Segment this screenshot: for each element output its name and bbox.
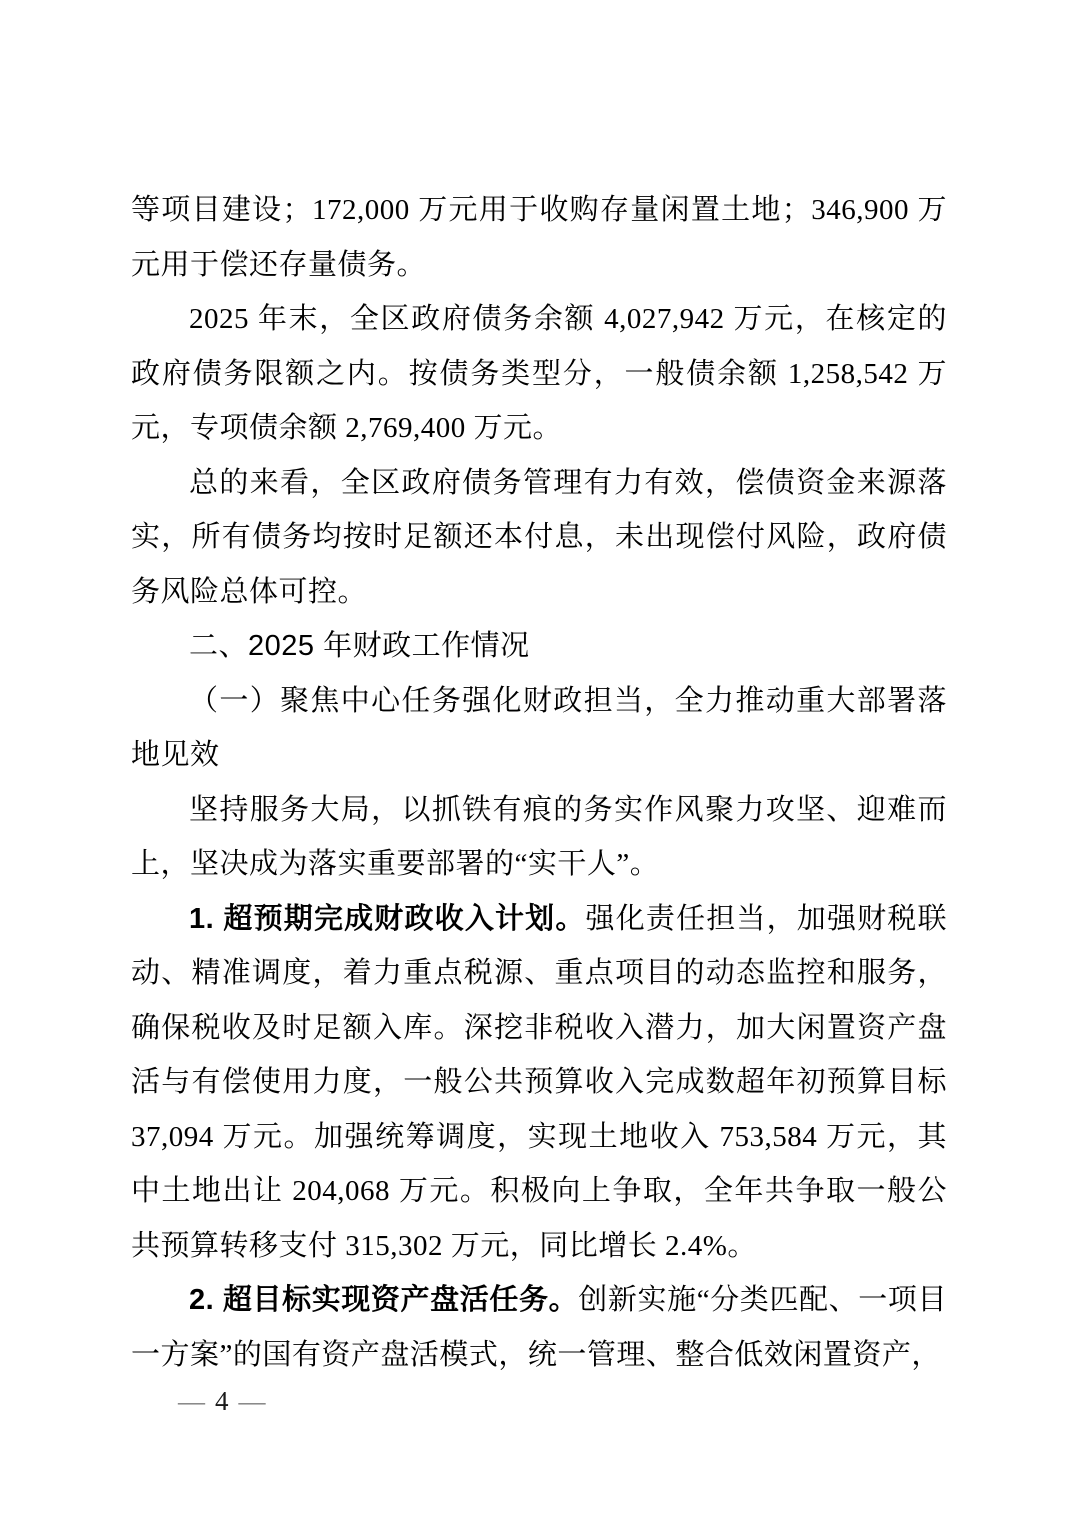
page-number: 4 [215, 1386, 229, 1416]
item-1-lead: 1. 超预期完成财政收入计划。 [189, 903, 586, 935]
paragraph-item-1: 1. 超预期完成财政收入计划。强化责任担当，加强财税联动、精准调度，着力重点税源… [131, 892, 947, 1274]
subsection-heading-1: （一）聚焦中心任务强化财政担当，全力推动重大部署落地见效 [131, 674, 947, 783]
paragraph-debt-summary: 总的来看，全区政府债务管理有力有效，偿债资金来源落实，所有债务均按时足额还本付息… [131, 456, 947, 620]
item-2-lead: 2. 超目标实现资产盘活任务。 [189, 1284, 578, 1316]
footer-dash-left: — [168, 1386, 215, 1416]
paragraph-continuation: 等项目建设；172,000 万元用于收购存量闲置土地；346,900 万元用于偿… [131, 183, 947, 292]
page-footer: —4— [168, 1385, 276, 1417]
section-heading-2: 二、2025 年财政工作情况 [131, 619, 947, 674]
paragraph-item-2: 2. 超目标实现资产盘活任务。创新实施“分类匹配、一项目一方案”的国有资产盘活模… [131, 1273, 947, 1382]
document-body: 等项目建设；172,000 万元用于收购存量闲置土地；346,900 万元用于偿… [131, 183, 947, 1382]
paragraph-debt-balance: 2025 年末，全区政府债务余额 4,027,942 万元，在核定的政府债务限额… [131, 292, 947, 456]
footer-dash-right: — [229, 1386, 276, 1416]
item-1-body: 强化责任担当，加强财税联动、精准调度，着力重点税源、重点项目的动态监控和服务，确… [131, 903, 947, 1262]
paragraph-adherence: 坚持服务大局，以抓铁有痕的务实作风聚力攻坚、迎难而上，坚决成为落实重要部署的“实… [131, 783, 947, 892]
